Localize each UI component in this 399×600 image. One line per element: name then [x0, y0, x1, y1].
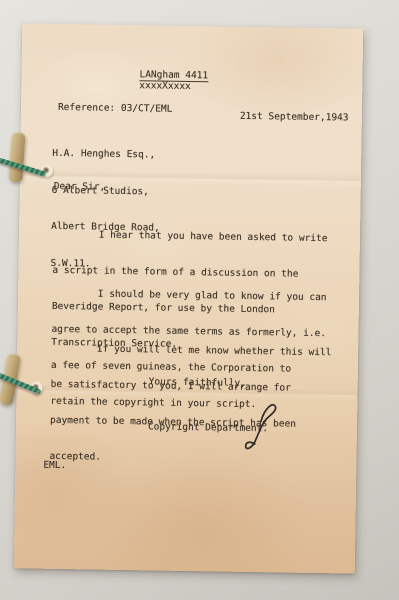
valediction: Yours faithfully,	[149, 376, 246, 390]
salutation: Dear Sir,	[54, 181, 106, 194]
typist-initials: EML.	[43, 460, 66, 472]
address-line: H.A. Henghes Esq.,	[52, 148, 161, 162]
body-line: I hear that you have been asked to write	[53, 229, 328, 245]
handwritten-initial	[240, 399, 283, 454]
body-line: If you will let me know whether this wil…	[51, 343, 331, 359]
date-line: 21st September,1943	[240, 111, 349, 125]
body-paragraph-3: If you will let me know whether this wil…	[49, 319, 332, 491]
body-line: I should be very glad to know if you can	[52, 288, 327, 304]
reference-line: Reference: 03/CT/EML	[58, 102, 173, 116]
body-line: accepted.	[49, 451, 329, 467]
phone-strikeout-line: xxxxXxxxx	[139, 80, 191, 93]
letter-photograph: LANgham 4411 xxxxXxxxx Reference: 03/CT/…	[0, 0, 399, 600]
letter-paper: LANgham 4411 xxxxXxxxx Reference: 03/CT/…	[14, 23, 364, 573]
